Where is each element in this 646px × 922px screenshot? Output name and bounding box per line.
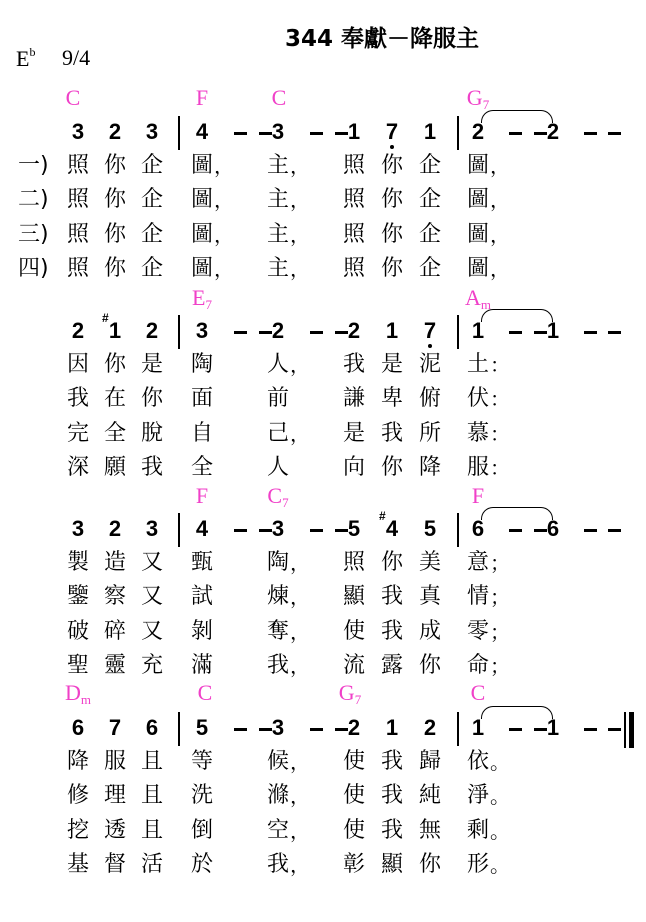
lyric-char: 謙 — [343, 386, 365, 412]
lyric-char: 我 — [67, 386, 89, 412]
lyric-char: 形 — [467, 852, 489, 878]
lyric-char: 你 — [104, 256, 126, 282]
lyric-char: 泥 — [419, 352, 441, 378]
lyric-char: 因 — [67, 352, 89, 378]
lyric-punctuation: ， — [490, 222, 510, 248]
lyric-char: 企 — [419, 153, 441, 179]
note-number: 4 — [196, 516, 208, 542]
chord-quality: 7 — [355, 692, 362, 707]
lyric-char: 無 — [419, 818, 441, 844]
lyric-char: 奪 — [267, 619, 289, 645]
lyric-punctuation: ， — [290, 783, 310, 809]
lyric-char: 圖 — [191, 153, 213, 179]
lyric-char: 基 — [67, 852, 89, 878]
lyric-punctuation: ， — [214, 222, 234, 248]
chord-symbol: F — [196, 85, 208, 111]
lyric-punctuation: ， — [290, 619, 310, 645]
lyric-char: 降 — [67, 749, 89, 775]
lyric-char: 察 — [104, 584, 126, 610]
lyric-char: 鑒 — [67, 584, 89, 610]
lyric-char: 己 — [267, 421, 289, 447]
chord-quality: m — [81, 692, 91, 707]
lyric-punctuation: ， — [290, 653, 310, 679]
lyric-char: 照 — [343, 550, 365, 576]
tie-arc — [481, 309, 553, 322]
duration-dash — [259, 331, 272, 334]
lyric-char: 主 — [267, 256, 289, 282]
lyric-char: 又 — [141, 584, 163, 610]
note-number: 2 — [109, 119, 121, 145]
lyric-char: 製 — [67, 550, 89, 576]
lyric-char: 企 — [141, 256, 163, 282]
lyric-punctuation: ， — [290, 256, 310, 282]
lyric-char: 剝 — [191, 619, 213, 645]
final-barline-thin — [624, 712, 626, 748]
lyric-char: 你 — [104, 187, 126, 213]
lyric-char: 透 — [104, 818, 126, 844]
lyric-char: 意 — [467, 550, 489, 576]
sharp-icon: # — [379, 509, 386, 523]
duration-dash — [335, 728, 348, 731]
time-signature: 9/4 — [62, 45, 90, 71]
duration-dash — [608, 529, 621, 532]
lyric-char: 彰 — [343, 852, 365, 878]
note-number: 1 — [424, 119, 436, 145]
duration-dash — [234, 132, 247, 135]
lyric-char: 洗 — [191, 783, 213, 809]
lyric-char: 純 — [419, 783, 441, 809]
duration-dash — [608, 132, 621, 135]
lyric-char: 全 — [104, 421, 126, 447]
lyric-char: 圖 — [467, 153, 489, 179]
lyric-char: 造 — [104, 550, 126, 576]
note-number: 5 — [196, 715, 208, 741]
lyric-char: 你 — [419, 852, 441, 878]
lyric-char: 脫 — [141, 421, 163, 447]
duration-dash — [584, 132, 597, 135]
lyric-punctuation: ： — [490, 352, 510, 378]
lyric-char: 我 — [267, 653, 289, 679]
lyric-char: 企 — [419, 187, 441, 213]
lyric-punctuation: ， — [290, 187, 310, 213]
lyric-punctuation: ， — [290, 818, 310, 844]
lyric-char: 照 — [67, 256, 89, 282]
lyric-punctuation: ； — [490, 550, 510, 576]
chord-quality: 7 — [205, 297, 212, 312]
lyric-char: 願 — [104, 455, 126, 481]
key-accidental: b — [29, 45, 35, 59]
lyric-char: 照 — [67, 153, 89, 179]
note-number: 2 — [272, 318, 284, 344]
lyric-char: 照 — [343, 153, 365, 179]
duration-dash — [234, 728, 247, 731]
lyric-punctuation: ， — [290, 584, 310, 610]
chord-symbol: C7 — [267, 483, 288, 511]
lyric-char: 煉 — [267, 584, 289, 610]
lyric-char: 圖 — [467, 222, 489, 248]
lyric-char: 歸 — [419, 749, 441, 775]
lyric-char: 圖 — [191, 256, 213, 282]
lyric-char: 照 — [343, 256, 365, 282]
lyric-char: 人 — [267, 352, 289, 378]
lyric-char: 服 — [467, 455, 489, 481]
lyric-char: 我 — [381, 749, 403, 775]
lyric-char: 又 — [141, 550, 163, 576]
verse-label: 四) — [18, 256, 49, 282]
lyric-char: 你 — [381, 187, 403, 213]
lyric-punctuation: ： — [490, 421, 510, 447]
duration-dash — [509, 331, 522, 334]
lyric-punctuation: 。 — [490, 818, 510, 844]
note-number: 3 — [72, 516, 84, 542]
lyric-char: 於 — [191, 852, 213, 878]
lyric-char: 且 — [141, 749, 163, 775]
lyric-char: 企 — [141, 187, 163, 213]
lyric-char: 所 — [419, 421, 441, 447]
lyric-punctuation: ， — [490, 256, 510, 282]
chord-symbol: C — [66, 85, 81, 111]
lyric-char: 流 — [343, 653, 365, 679]
duration-dash — [310, 728, 323, 731]
duration-dash — [335, 331, 348, 334]
chord-symbol: Dm — [65, 680, 91, 708]
duration-dash — [335, 132, 348, 135]
lyric-char: 又 — [141, 619, 163, 645]
chord-symbol: E7 — [192, 285, 212, 313]
note-number: 2 — [109, 516, 121, 542]
lyric-char: 使 — [343, 818, 365, 844]
lyric-punctuation: 。 — [490, 783, 510, 809]
lyric-char: 美 — [419, 550, 441, 576]
lyric-char: 卑 — [381, 386, 403, 412]
lyric-char: 理 — [104, 783, 126, 809]
lyric-char: 圖 — [191, 187, 213, 213]
lyric-char: 充 — [141, 653, 163, 679]
lyric-punctuation: ， — [214, 256, 234, 282]
barline — [457, 712, 459, 746]
lyric-char: 碎 — [104, 619, 126, 645]
lyric-char: 圖 — [467, 256, 489, 282]
duration-dash — [259, 728, 272, 731]
lyric-char: 完 — [67, 421, 89, 447]
note-number: 1 — [386, 318, 398, 344]
lyric-char: 淨 — [467, 783, 489, 809]
lyric-char: 我 — [381, 619, 403, 645]
note-number: 3 — [146, 119, 158, 145]
lyric-char: 我 — [381, 818, 403, 844]
lyric-char: 靈 — [104, 653, 126, 679]
hymn-title: 344 奉獻－降服主 — [285, 20, 479, 53]
lyric-char: 是 — [343, 421, 365, 447]
lyric-char: 照 — [67, 222, 89, 248]
lyric-char: 慕 — [467, 421, 489, 447]
duration-dash — [584, 331, 597, 334]
lyric-char: 我 — [343, 352, 365, 378]
lyric-char: 試 — [191, 584, 213, 610]
chord-symbol: C — [272, 85, 287, 111]
lyric-char: 剩 — [467, 818, 489, 844]
lyric-char: 主 — [267, 222, 289, 248]
lyric-punctuation: ， — [290, 352, 310, 378]
note-number: 2 — [348, 318, 360, 344]
lyric-char: 情 — [467, 584, 489, 610]
lyric-char: 我 — [381, 783, 403, 809]
barline — [457, 315, 459, 349]
lyric-char: 活 — [141, 852, 163, 878]
note-number: 3 — [196, 318, 208, 344]
note-number: 6 — [72, 715, 84, 741]
lyric-punctuation: ， — [290, 550, 310, 576]
duration-dash — [534, 331, 547, 334]
lyric-punctuation: ， — [290, 222, 310, 248]
lyric-punctuation: ； — [490, 584, 510, 610]
lyric-char: 命 — [467, 653, 489, 679]
lyric-char: 且 — [141, 818, 163, 844]
lyric-char: 你 — [141, 386, 163, 412]
lyric-char: 圖 — [467, 187, 489, 213]
lyric-char: 你 — [381, 153, 403, 179]
barline — [178, 315, 180, 349]
lyric-char: 使 — [343, 783, 365, 809]
sharp-icon: # — [102, 311, 109, 325]
lyric-char: 候 — [267, 749, 289, 775]
lyric-char: 照 — [67, 187, 89, 213]
low-octave-dot — [428, 344, 432, 348]
duration-dash — [509, 132, 522, 135]
lyric-punctuation: ； — [490, 653, 510, 679]
lyric-punctuation: ， — [214, 153, 234, 179]
lyric-char: 全 — [191, 455, 213, 481]
note-number: 3 — [272, 516, 284, 542]
tie-arc — [481, 110, 553, 123]
lyric-char: 且 — [141, 783, 163, 809]
lyric-char: 伏 — [467, 386, 489, 412]
duration-dash — [310, 331, 323, 334]
duration-dash — [534, 132, 547, 135]
lyric-char: 圖 — [191, 222, 213, 248]
note-number: 3 — [72, 119, 84, 145]
lyric-char: 滿 — [191, 653, 213, 679]
lyric-char: 依 — [467, 749, 489, 775]
note-number: 4 — [196, 119, 208, 145]
lyric-char: 自 — [191, 421, 213, 447]
chord-symbol: G7 — [467, 85, 489, 113]
lyric-char: 陶 — [267, 550, 289, 576]
note-number: 7 — [386, 119, 398, 145]
note-number: 5 — [424, 516, 436, 542]
lyric-char: 你 — [104, 222, 126, 248]
lyric-char: 俯 — [419, 386, 441, 412]
verse-label: 二) — [18, 187, 49, 213]
barline — [457, 116, 459, 150]
verse-label: 一) — [18, 153, 49, 179]
lyric-char: 使 — [343, 619, 365, 645]
lyric-punctuation: ， — [290, 852, 310, 878]
duration-dash — [234, 331, 247, 334]
lyric-punctuation: ： — [490, 386, 510, 412]
lyric-char: 向 — [343, 455, 365, 481]
note-number: 6 — [146, 715, 158, 741]
verse-label: 三) — [18, 222, 49, 248]
chord-symbol: C — [198, 680, 213, 706]
lyric-char: 我 — [381, 421, 403, 447]
lyric-char: 你 — [381, 550, 403, 576]
duration-dash — [234, 529, 247, 532]
lyric-char: 破 — [67, 619, 89, 645]
lyric-char: 服 — [104, 749, 126, 775]
duration-dash — [259, 132, 272, 135]
lyric-char: 你 — [381, 455, 403, 481]
lyric-char: 你 — [381, 222, 403, 248]
note-number: 7 — [109, 715, 121, 741]
lyric-char: 我 — [141, 455, 163, 481]
lyric-char: 零 — [467, 619, 489, 645]
lyric-char: 你 — [104, 153, 126, 179]
lyric-char: 前 — [267, 386, 289, 412]
lyric-char: 人 — [267, 455, 289, 481]
note-number: 2 — [72, 318, 84, 344]
lyric-char: 甄 — [191, 550, 213, 576]
chord-symbol: F — [472, 483, 484, 509]
note-number: 2 — [348, 715, 360, 741]
duration-dash — [534, 728, 547, 731]
lyric-char: 倒 — [191, 818, 213, 844]
note-number: 3 — [272, 119, 284, 145]
lyric-char: 滌 — [267, 783, 289, 809]
lyric-char: 是 — [381, 352, 403, 378]
lyric-char: 使 — [343, 749, 365, 775]
duration-dash — [534, 529, 547, 532]
duration-dash — [259, 529, 272, 532]
lyric-char: 主 — [267, 153, 289, 179]
lyric-char: 顯 — [343, 584, 365, 610]
duration-dash — [335, 529, 348, 532]
lyric-punctuation: ； — [490, 619, 510, 645]
lyric-char: 是 — [141, 352, 163, 378]
lyric-char: 企 — [419, 222, 441, 248]
lyric-char: 主 — [267, 187, 289, 213]
lyric-punctuation: 。 — [490, 852, 510, 878]
barline — [178, 513, 180, 547]
note-number: 7 — [424, 318, 436, 344]
lyric-punctuation: ， — [214, 187, 234, 213]
lyric-char: 土 — [467, 352, 489, 378]
lyric-char: 我 — [381, 584, 403, 610]
tie-arc — [481, 507, 553, 520]
lyric-char: 露 — [381, 653, 403, 679]
final-barline-thick — [629, 712, 634, 748]
duration-dash — [310, 529, 323, 532]
lyric-char: 等 — [191, 749, 213, 775]
barline — [178, 116, 180, 150]
note-number: 5 — [348, 516, 360, 542]
lyric-char: 企 — [141, 153, 163, 179]
note-number: 1 — [348, 119, 360, 145]
lyric-char: 照 — [343, 187, 365, 213]
lyric-char: 聖 — [67, 653, 89, 679]
barline — [457, 513, 459, 547]
lyric-char: 真 — [419, 584, 441, 610]
chord-symbol: G7 — [339, 680, 361, 708]
duration-dash — [310, 132, 323, 135]
note-number: 1 — [386, 715, 398, 741]
duration-dash — [509, 529, 522, 532]
chord-symbol: F — [196, 483, 208, 509]
tie-arc — [481, 706, 553, 719]
lyric-char: 督 — [104, 852, 126, 878]
lyric-char: 修 — [67, 783, 89, 809]
duration-dash — [608, 728, 621, 731]
lyric-char: 顯 — [381, 852, 403, 878]
barline — [178, 712, 180, 746]
lyric-char: 我 — [267, 852, 289, 878]
lyric-char: 你 — [104, 352, 126, 378]
lyric-char: 你 — [419, 653, 441, 679]
duration-dash — [509, 728, 522, 731]
lyric-char: 企 — [141, 222, 163, 248]
chord-quality: 7 — [282, 495, 289, 510]
lyric-char: 成 — [419, 619, 441, 645]
key-letter: E — [16, 46, 29, 71]
lyric-char: 照 — [343, 222, 365, 248]
note-number: 2 — [424, 715, 436, 741]
chord-symbol: Am — [465, 285, 491, 313]
low-octave-dot — [390, 145, 394, 149]
duration-dash — [584, 529, 597, 532]
lyric-punctuation: ， — [490, 153, 510, 179]
lyric-char: 挖 — [67, 818, 89, 844]
duration-dash — [608, 331, 621, 334]
lyric-punctuation: ： — [490, 455, 510, 481]
duration-dash — [584, 728, 597, 731]
chord-symbol: C — [471, 680, 486, 706]
note-number: 2 — [146, 318, 158, 344]
lyric-char: 深 — [67, 455, 89, 481]
lyric-char: 面 — [191, 386, 213, 412]
lyric-char: 空 — [267, 818, 289, 844]
note-number: 3 — [146, 516, 158, 542]
lyric-punctuation: ， — [290, 749, 310, 775]
key-signature: Eb — [16, 45, 35, 72]
lyric-char: 降 — [419, 455, 441, 481]
lyric-punctuation: ， — [290, 153, 310, 179]
lyric-punctuation: ， — [490, 187, 510, 213]
note-number: 1 — [109, 318, 121, 344]
lyric-char: 企 — [419, 256, 441, 282]
lyric-punctuation: ， — [290, 421, 310, 447]
lyric-char: 陶 — [191, 352, 213, 378]
note-number: 4 — [386, 516, 398, 542]
lyric-punctuation: 。 — [490, 749, 510, 775]
lyric-char: 你 — [381, 256, 403, 282]
note-number: 3 — [272, 715, 284, 741]
lyric-char: 在 — [104, 386, 126, 412]
